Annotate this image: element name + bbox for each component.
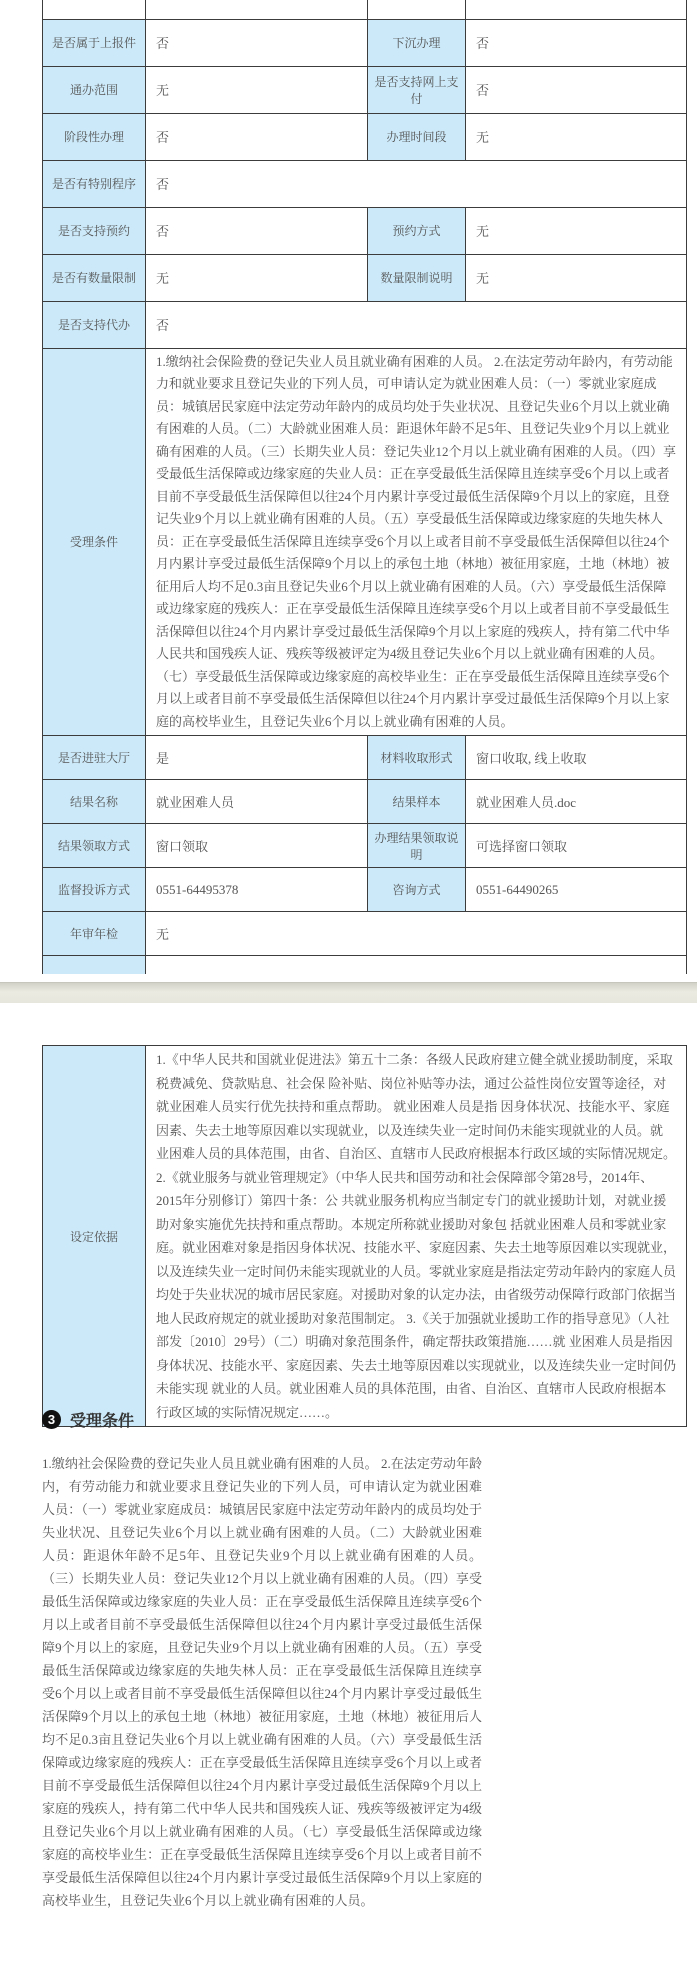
value-cell: 无 [466,113,687,160]
service-detail-table: 是否属于上报件 否 下沉办理 否 通办范围 无 是否支持网上支付 否 阶段性办理… [42,0,687,974]
label-cell: 结果样本 [368,780,466,824]
value-cell: 无 [146,912,687,956]
value-cell: 否 [146,160,687,207]
section-number-badge: 3 [42,1410,61,1429]
value-cell: 是 [146,736,368,780]
value-cell: 无 [146,254,368,301]
table-row: 监督投诉方式 0551-64495378 咨询方式 0551-64490265 [43,868,687,912]
label-cell: 受理条件 [43,348,146,736]
table-row-legal-basis: 设定依据 1.《中华人民共和国就业促进法》第五十二条：各级人民政府建立健全就业援… [43,1046,687,1427]
label-cell: 通办范围 [43,66,146,113]
value-cell-legal-basis: 1.《中华人民共和国就业促进法》第五十二条：各级人民政府建立健全就业援助制度，采… [146,1046,687,1427]
value-cell-phone: 0551-64490265 [466,868,687,912]
section-title: 受理条件 [70,1408,134,1431]
label-cell: 是否进驻大厅 [43,736,146,780]
table-row-cutoff-bottom [43,956,687,974]
value-cell: 就业困难人员.doc [466,780,687,824]
page-canvas: 是否属于上报件 否 下沉办理 否 通办范围 无 是否支持网上支付 否 阶段性办理… [0,0,697,1987]
label-cell: 材料收取形式 [368,736,466,780]
value-cell: 无 [466,254,687,301]
value-cell [146,0,368,19]
page-separator [0,982,697,1003]
value-cell: 否 [146,113,368,160]
label-cell: 设定依据 [43,1046,146,1427]
table-row: 是否有数量限制 无 数量限制说明 无 [43,254,687,301]
label-cell: 是否支持预约 [43,207,146,254]
label-cell: 年审年检 [43,912,146,956]
value-cell: 无 [466,207,687,254]
label-cell: 咨询方式 [368,868,466,912]
label-cell: 办理结果领取说明 [368,824,466,868]
value-cell: 否 [466,66,687,113]
label-cell: 监督投诉方式 [43,868,146,912]
label-cell [43,0,146,19]
value-cell: 否 [146,19,368,66]
value-cell: 就业困难人员 [146,780,368,824]
table-row: 阶段性办理 否 办理时间段 无 [43,113,687,160]
table-row: 年审年检 无 [43,912,687,956]
label-cell: 阶段性办理 [43,113,146,160]
table-row: 通办范围 无 是否支持网上支付 否 [43,66,687,113]
value-cell-acceptance-conditions: 1.缴纳社会保险费的登记失业人员且就业确有困难的人员。 2.在法定劳动年龄内，有… [146,348,687,736]
table-row-acceptance-conditions: 受理条件 1.缴纳社会保险费的登记失业人员且就业确有困难的人员。 2.在法定劳动… [43,348,687,736]
value-cell: 否 [146,301,687,348]
table-row: 是否支持代办 否 [43,301,687,348]
acceptance-conditions-body: 1.缴纳社会保险费的登记失业人员且就业确有困难的人员。 2.在法定劳动年龄内，有… [42,1452,482,1912]
table-row: 是否支持预约 否 预约方式 无 [43,207,687,254]
table-row: 是否属于上报件 否 下沉办理 否 [43,19,687,66]
value-cell: 无 [146,66,368,113]
value-cell: 否 [466,19,687,66]
table-row-cutoff-top [43,0,687,19]
label-cell: 结果名称 [43,780,146,824]
value-cell: 窗口收取, 线上收取 [466,736,687,780]
label-cell: 预约方式 [368,207,466,254]
value-cell: 可选择窗口领取 [466,824,687,868]
label-cell: 是否有特别程序 [43,160,146,207]
label-cell [43,956,146,974]
table-row: 是否进驻大厅 是 材料收取形式 窗口收取, 线上收取 [43,736,687,780]
label-cell: 数量限制说明 [368,254,466,301]
label-cell: 是否支持代办 [43,301,146,348]
value-cell: 窗口领取 [146,824,368,868]
value-cell-phone: 0551-64495378 [146,868,368,912]
label-cell: 是否支持网上支付 [368,66,466,113]
label-cell: 结果领取方式 [43,824,146,868]
label-cell: 办理时间段 [368,113,466,160]
value-cell [146,956,687,974]
label-cell: 是否属于上报件 [43,19,146,66]
label-cell: 是否有数量限制 [43,254,146,301]
legal-basis-table: 设定依据 1.《中华人民共和国就业促进法》第五十二条：各级人民政府建立健全就业援… [42,1045,687,1427]
value-cell: 否 [146,207,368,254]
table-row: 结果领取方式 窗口领取 办理结果领取说明 可选择窗口领取 [43,824,687,868]
table-row: 是否有特别程序 否 [43,160,687,207]
section-header: 3 受理条件 [42,1408,134,1431]
label-cell: 下沉办理 [368,19,466,66]
label-cell [368,0,466,19]
table-row: 结果名称 就业困难人员 结果样本 就业困难人员.doc [43,780,687,824]
value-cell [466,0,687,19]
